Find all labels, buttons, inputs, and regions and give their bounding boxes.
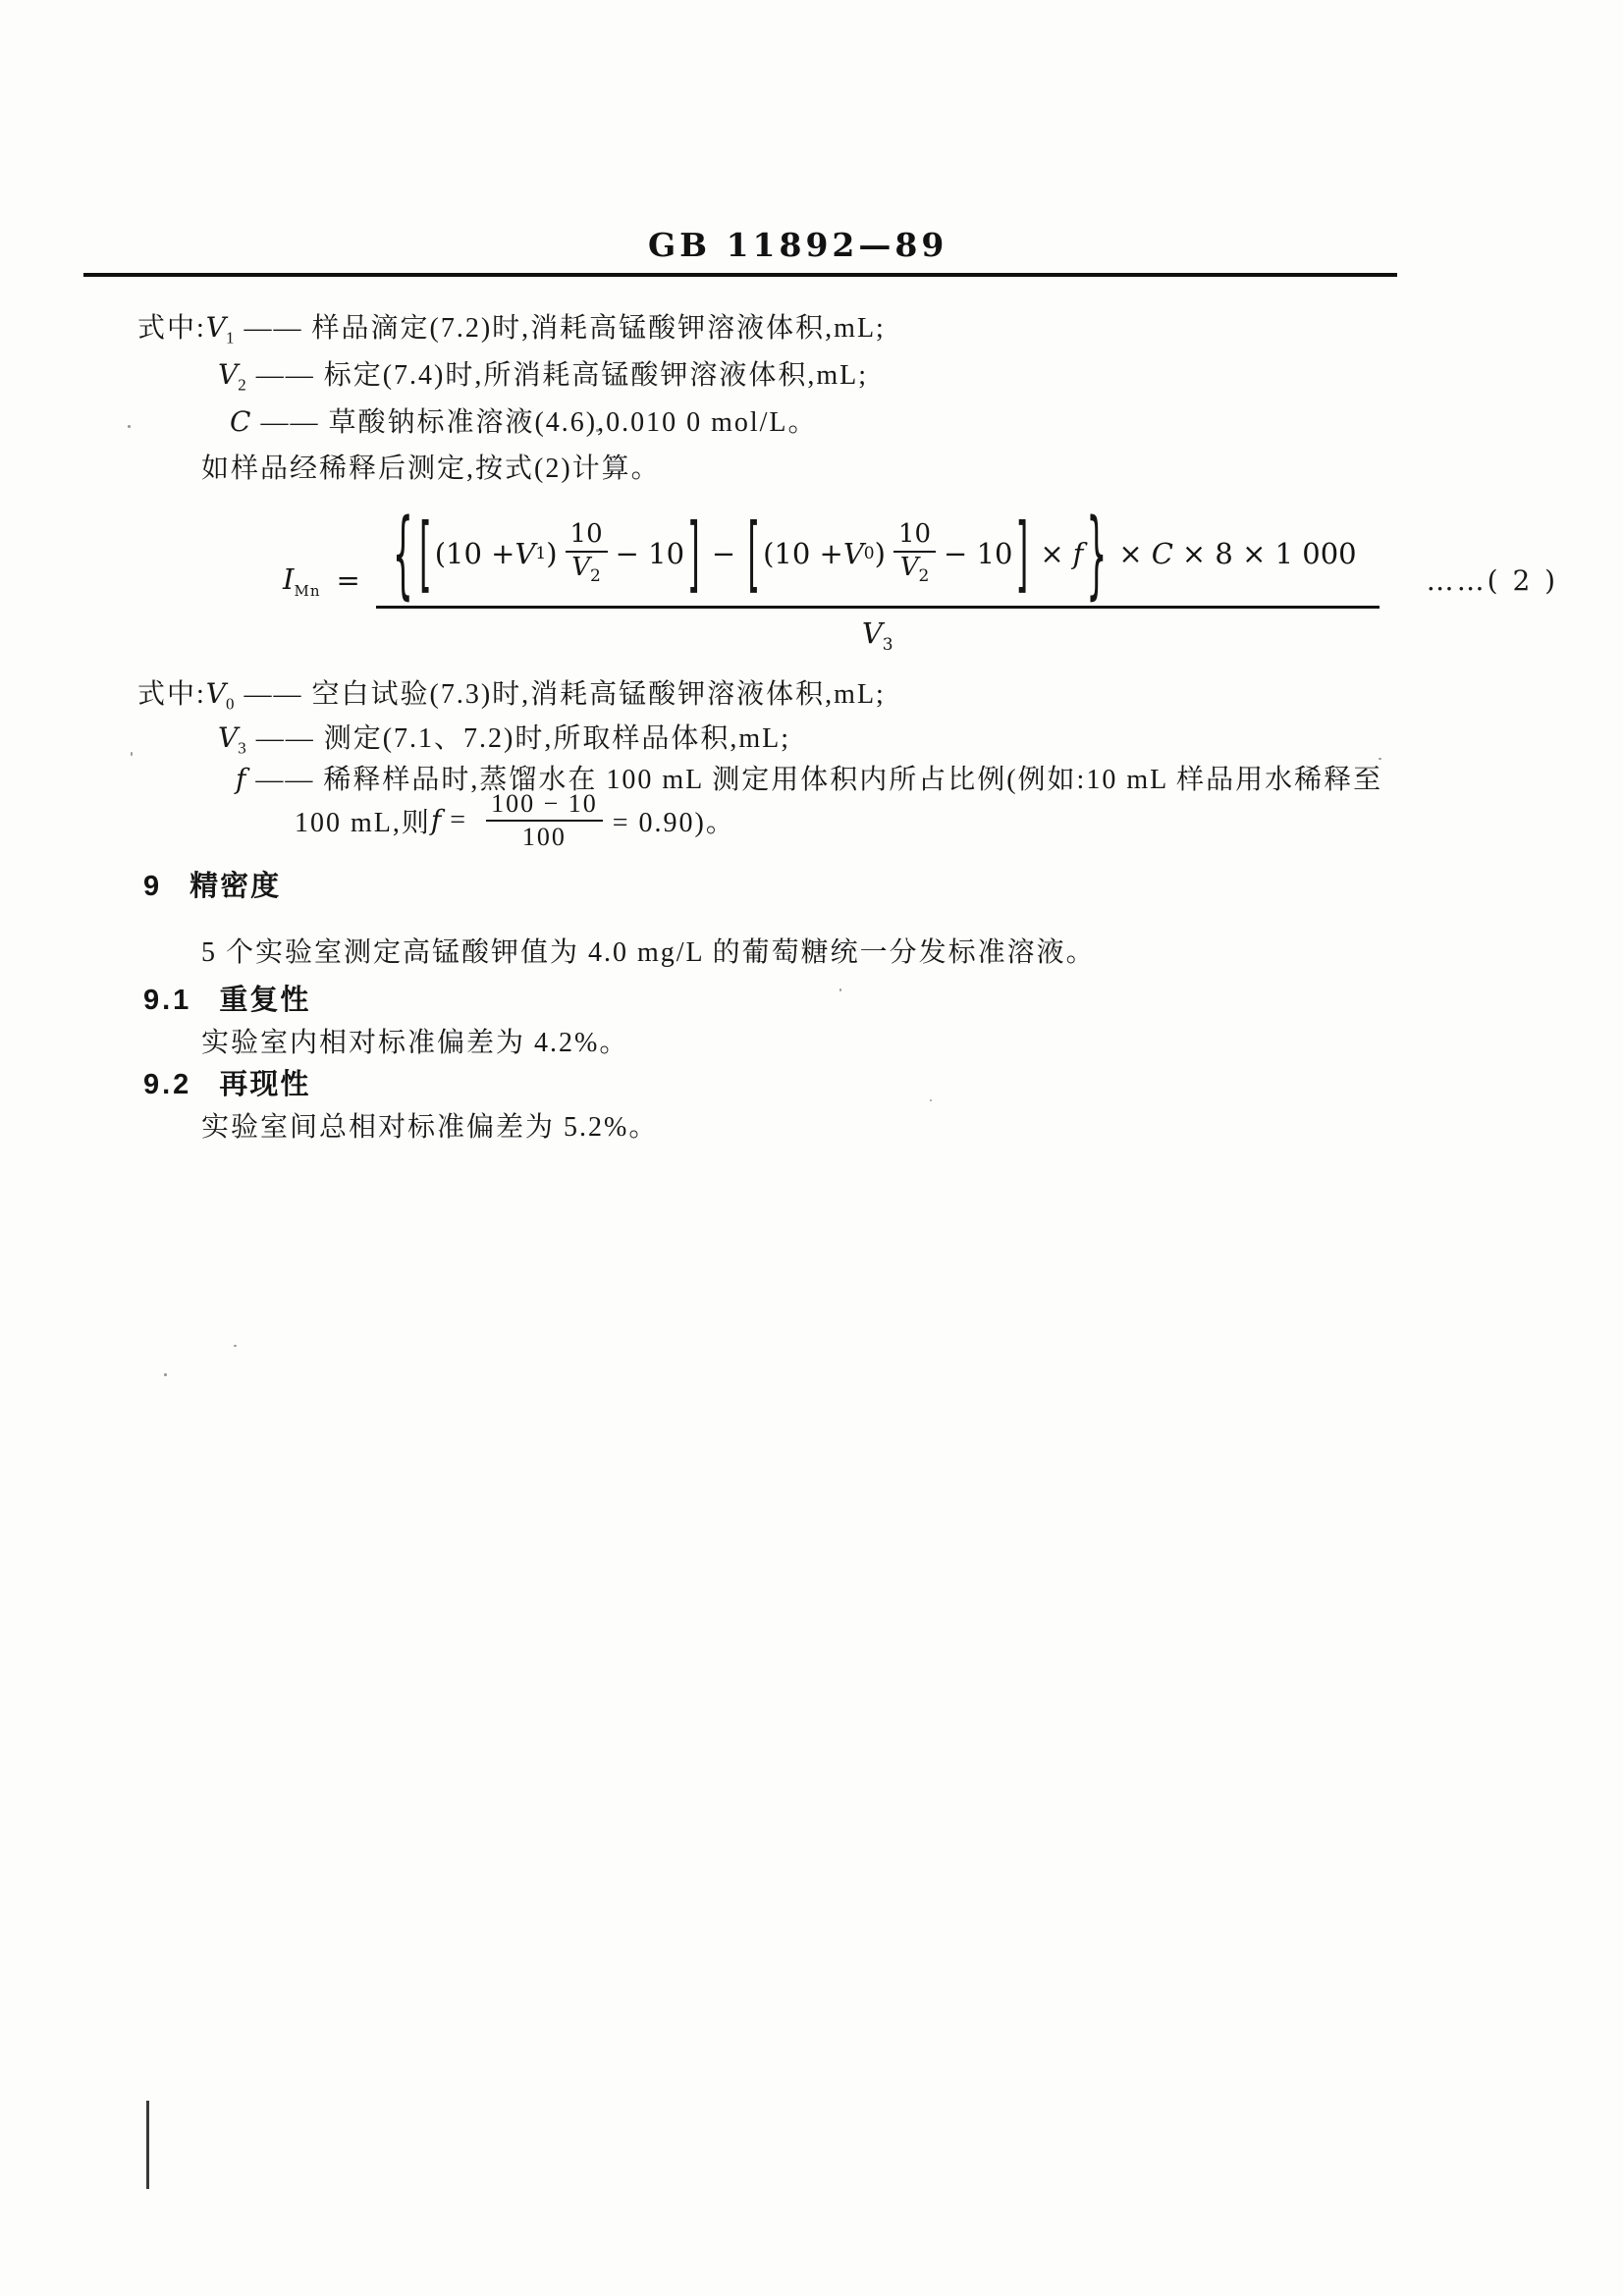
- times-c-op: ×: [1118, 537, 1142, 570]
- term2-close: ): [875, 537, 886, 570]
- minus-ten-1: − 10: [616, 537, 684, 570]
- section-9-1-body: 实验室内相对标准偏差为 4.2%。: [201, 1021, 628, 1060]
- section-9-2-heading: 9.2再现性: [143, 1062, 310, 1102]
- term2-sub: 0: [864, 544, 875, 563]
- eq-numerator: { [ (10 + V1) 10 V2 − 10 ] − [ (10 + V0)…: [376, 507, 1380, 609]
- right-bracket-1: ]: [684, 505, 703, 602]
- section-9-2-title: 再现性: [219, 1069, 310, 1100]
- inner-frac2-den: V2: [895, 553, 935, 587]
- var-v3: V: [218, 721, 238, 754]
- formula2-prefix: 式中:: [137, 679, 206, 710]
- scan-speck: [839, 988, 841, 991]
- f-example-post: = 0.90)。: [613, 801, 735, 840]
- right-brace: }: [1083, 497, 1109, 610]
- var-f: f: [236, 763, 245, 795]
- inner-frac2-num: 10: [893, 520, 936, 553]
- var-v1-sub: 1: [226, 329, 235, 347]
- var-c: C: [230, 405, 250, 438]
- symbol-def-c: C—— 草酸钠标准溶液(4.6),0.010 0 mol/L。: [230, 400, 818, 440]
- term1-open: (10 +: [435, 537, 515, 570]
- term1-sub: 1: [535, 544, 546, 563]
- inner-frac1-num: 10: [566, 520, 608, 553]
- f-example-line: 100 mL,则 f = 100 − 10 100 = 0.90)。: [295, 789, 735, 852]
- minus-ten-2: − 10: [944, 537, 1012, 570]
- var-v0: V: [206, 677, 226, 710]
- header-rule: [83, 273, 1397, 277]
- eq-tail-factors: × 8 × 1 000: [1182, 537, 1357, 570]
- f-example-eq1: =: [450, 805, 467, 836]
- left-bracket-2: [: [744, 505, 763, 602]
- term1-close: ): [546, 537, 557, 570]
- formula1-prefix: 式中:: [137, 313, 206, 344]
- var-v0-sub: 0: [226, 695, 235, 714]
- c-factor: C: [1152, 537, 1173, 570]
- term2-var: V: [843, 537, 864, 570]
- section-9-intro-text: 5 个实验室测定高锰酸钾值为 4.0 mg/L 的葡萄糖统一分发标准溶液。: [201, 937, 1096, 968]
- var-v1: V: [206, 311, 226, 344]
- den-base: V: [862, 616, 883, 650]
- section-9-heading: 9精密度: [143, 864, 281, 904]
- inner-frac1-den-sub: 2: [590, 566, 601, 586]
- section-9-title: 精密度: [189, 871, 281, 902]
- symbol-def-v1: 式中:V1—— 样品滴定(7.2)时,消耗高锰酸钾溶液体积,mL;: [137, 306, 886, 348]
- eq-lhs-base: I: [283, 562, 294, 596]
- symbol-def-v0: 式中:V0—— 空白试验(7.3)时,消耗高锰酸钾溶液体积,mL;: [137, 672, 886, 715]
- left-brace: {: [390, 497, 416, 610]
- paragraph-dilution-text: 如样品经稀释后测定,按式(2)计算。: [201, 454, 661, 484]
- term1-var: V: [514, 537, 535, 570]
- standard-code-header: GB 11892—89: [648, 226, 947, 264]
- f-example-pre: 100 mL,则: [295, 801, 431, 840]
- scan-speck: [930, 1099, 932, 1101]
- f-example-fraction: 100 − 10 100: [486, 789, 603, 852]
- var-v2: V: [218, 358, 238, 391]
- f-example-frac-den: 100: [517, 822, 571, 852]
- scan-line-artifact: [146, 2101, 149, 2189]
- section-9-2-body: 实验室间总相对标准偏差为 5.2%。: [201, 1105, 658, 1145]
- inner-frac2-den-sub: 2: [918, 566, 929, 586]
- document-page: GB 11892—89 式中:V1—— 样品滴定(7.2)时,消耗高锰酸钾溶液体…: [0, 0, 1623, 2296]
- def-c-text: —— 草酸钠标准溶液(4.6),0.010 0 mol/L。: [260, 407, 817, 438]
- var-v2-sub: 2: [238, 376, 246, 395]
- left-bracket-1: [: [416, 505, 435, 602]
- scan-speck: [234, 1345, 237, 1347]
- eq-lhs-sub: Mn: [294, 581, 320, 599]
- term2-open: (10 +: [763, 537, 843, 570]
- section-9-1-heading: 9.1重复性: [143, 978, 310, 1018]
- scan-speck: [131, 752, 133, 756]
- def-v2-text: —— 标定(7.4)时,所消耗高锰酸钾溶液体积,mL;: [256, 360, 868, 391]
- eq-equals: =: [337, 563, 360, 597]
- section-9-1-body-text: 实验室内相对标准偏差为 4.2%。: [201, 1028, 628, 1058]
- scan-speck: [164, 1373, 167, 1376]
- f-factor: f: [1073, 537, 1084, 570]
- equation-2: IMn = { [ (10 + V1) 10 V2 − 10 ] − [ (10…: [283, 507, 1558, 655]
- times-f-op: ×: [1040, 537, 1063, 570]
- paragraph-dilution: 如样品经稀释后测定,按式(2)计算。: [201, 447, 661, 486]
- inner-fraction-1: 10 V2: [566, 520, 608, 587]
- minus-op: −: [712, 537, 735, 570]
- scan-speck: [596, 429, 599, 432]
- def-v3-text: —— 测定(7.1、7.2)时,所取样品体积,mL;: [256, 723, 790, 754]
- eq-lhs: IMn: [283, 562, 321, 600]
- section-9-1-title: 重复性: [219, 985, 310, 1016]
- section-9-intro: 5 个实验室测定高锰酸钾值为 4.0 mg/L 的葡萄糖统一分发标准溶液。: [201, 931, 1096, 970]
- section-9-number: 9: [143, 871, 162, 902]
- scan-speck: [1379, 758, 1381, 760]
- inner-frac1-den: V2: [567, 553, 606, 587]
- inner-frac1-den-base: V: [571, 553, 590, 582]
- scan-speck: [128, 425, 131, 428]
- inner-fraction-2: 10 V2: [893, 520, 936, 587]
- symbol-def-v3: V3—— 测定(7.1、7.2)时,所取样品体积,mL;: [218, 717, 790, 759]
- section-9-1-number: 9.1: [143, 985, 191, 1016]
- f-example-frac-num: 100 − 10: [486, 789, 603, 822]
- section-9-2-number: 9.2: [143, 1069, 191, 1100]
- f-example-var: f: [431, 804, 441, 836]
- eq-main-fraction: { [ (10 + V1) 10 V2 − 10 ] − [ (10 + V0)…: [376, 507, 1380, 655]
- def-v0-text: —— 空白试验(7.3)时,消耗高锰酸钾溶液体积,mL;: [244, 679, 886, 710]
- var-v3-sub: 3: [238, 739, 246, 758]
- section-9-2-body-text: 实验室间总相对标准偏差为 5.2%。: [201, 1112, 658, 1143]
- equation-number: ……( 2 ): [1427, 564, 1558, 597]
- den-sub: 3: [883, 635, 893, 655]
- eq-denominator: V3: [862, 609, 893, 655]
- inner-frac2-den-base: V: [900, 553, 919, 582]
- right-bracket-2: ]: [1012, 505, 1031, 602]
- symbol-def-v2: V2—— 标定(7.4)时,所消耗高锰酸钾溶液体积,mL;: [218, 353, 868, 396]
- def-v1-text: —— 样品滴定(7.2)时,消耗高锰酸钾溶液体积,mL;: [244, 313, 886, 344]
